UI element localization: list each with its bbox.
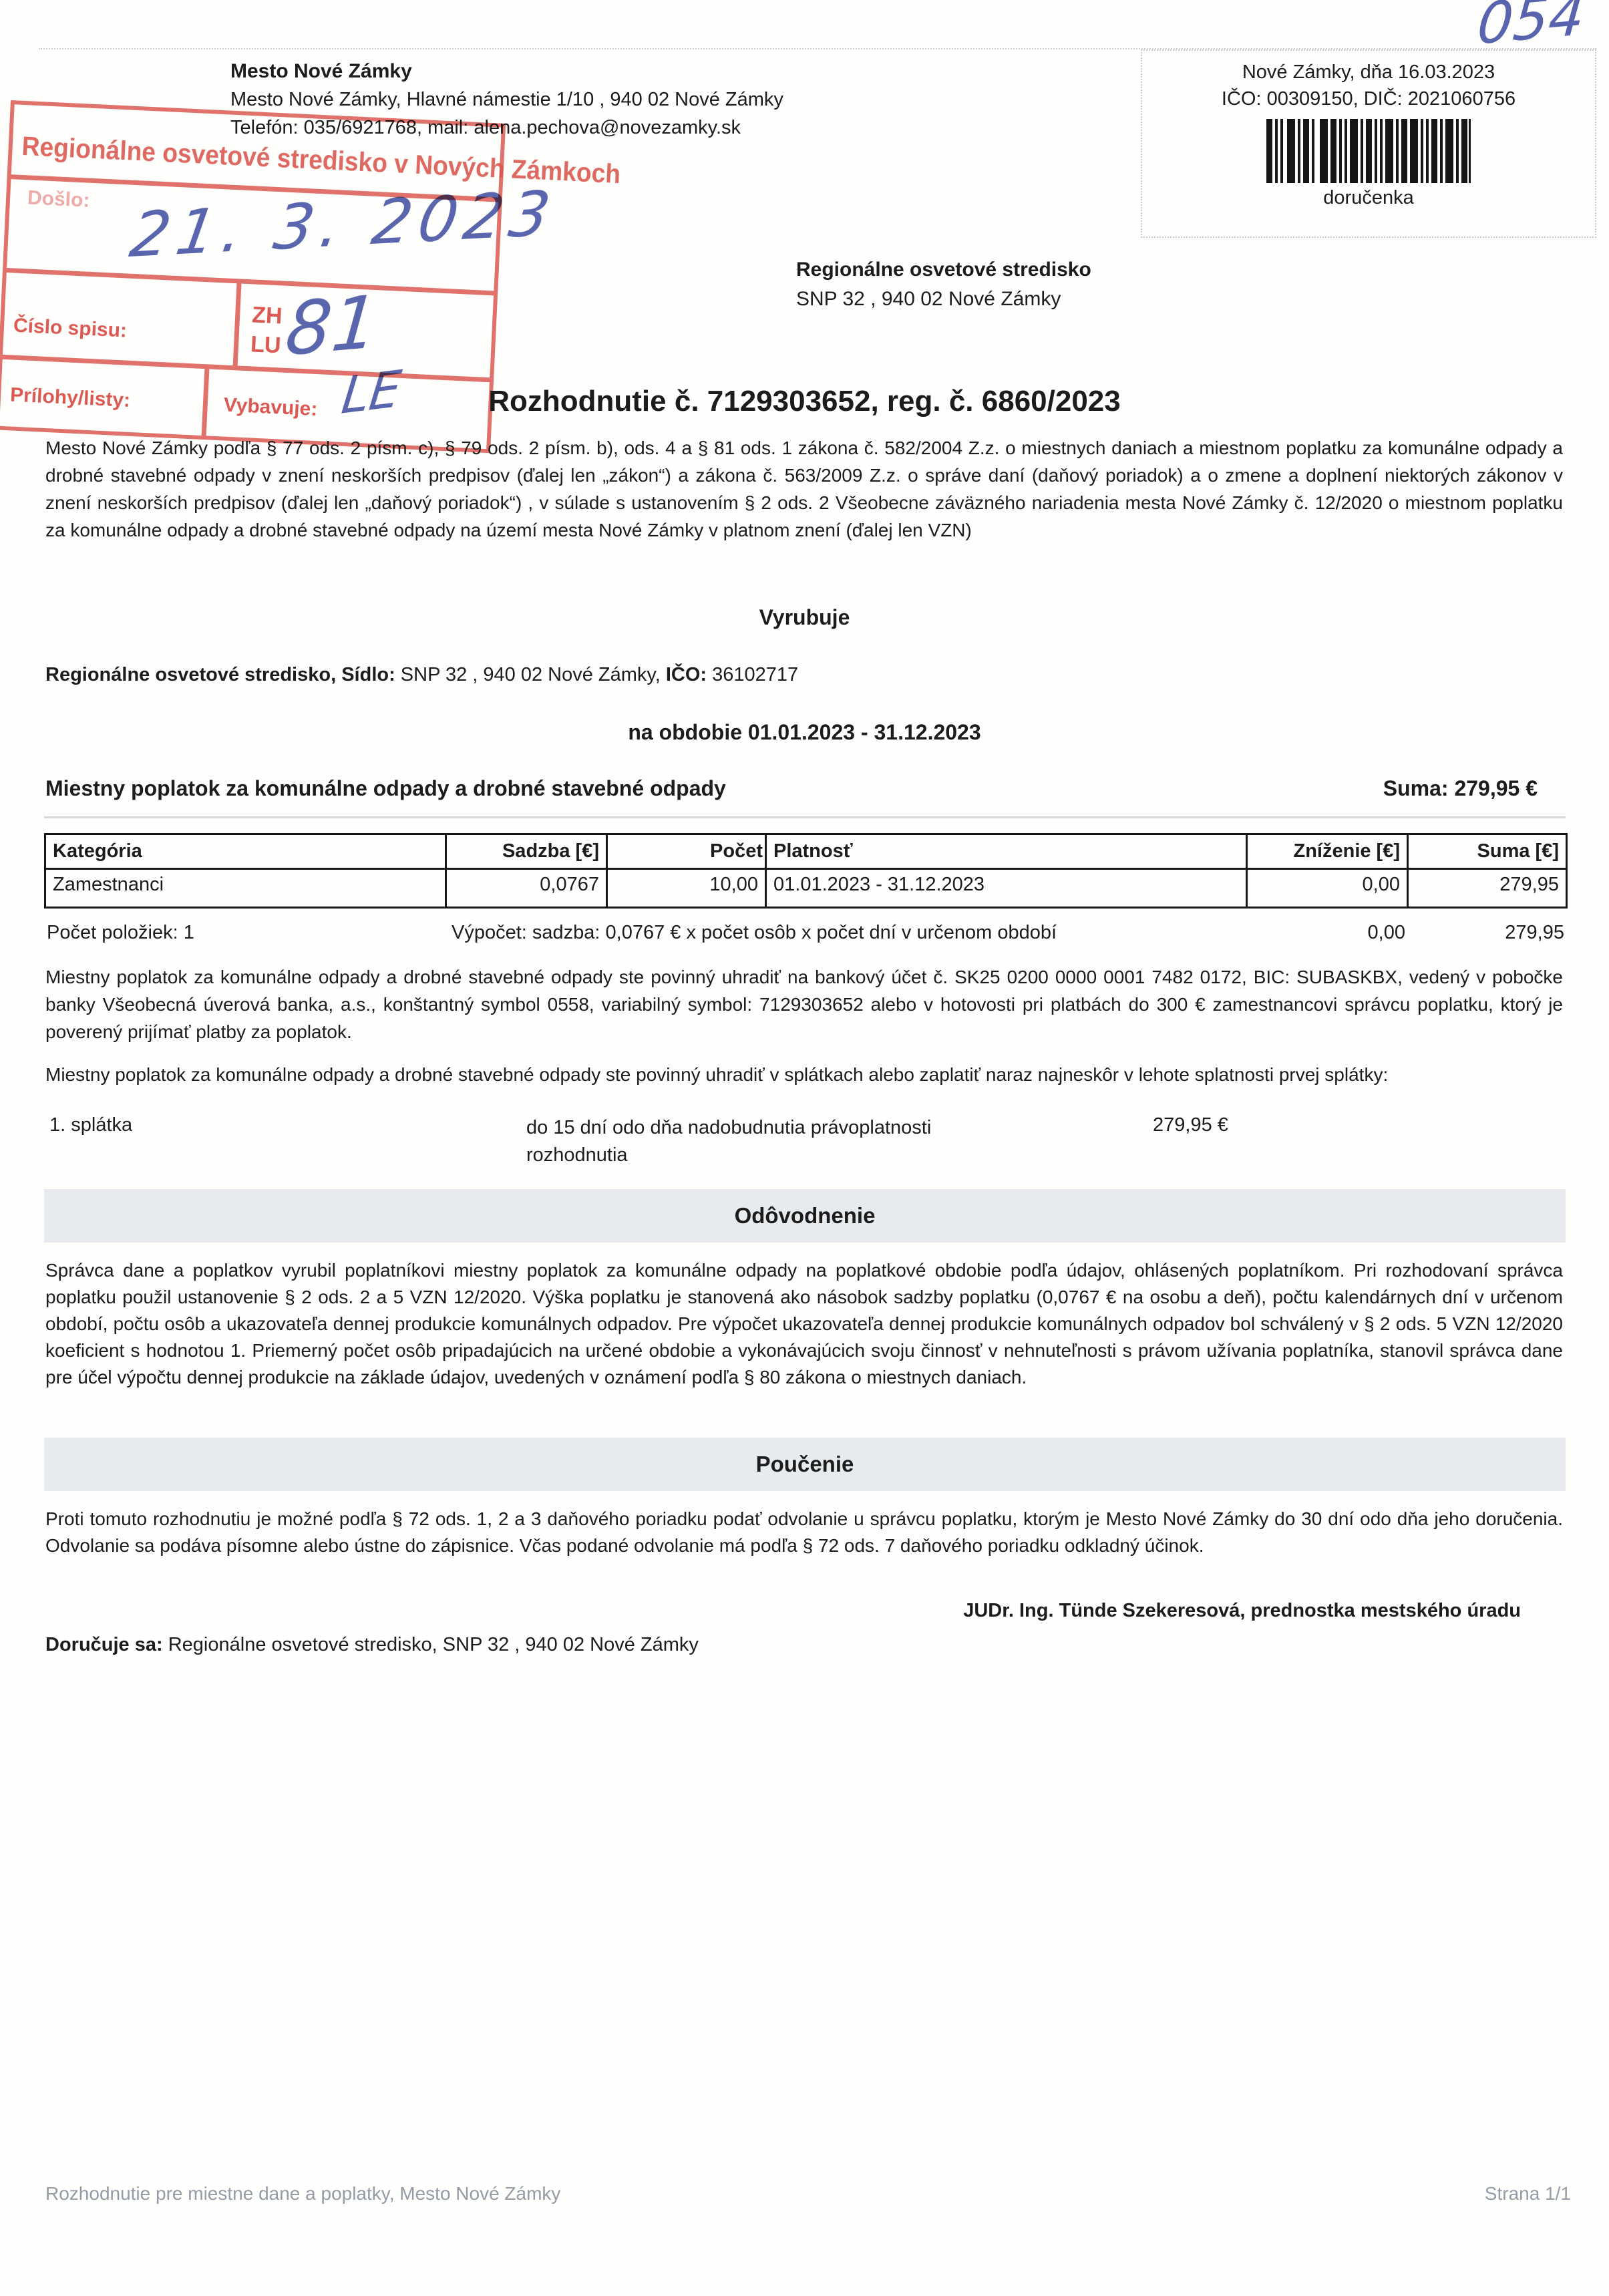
- subject-line: Regionálne osvetové stredisko, Sídlo: SN…: [45, 664, 798, 686]
- handwritten-file-number: 81: [283, 280, 381, 372]
- justification-paragraph: Správca dane a poplatkov vyrubil poplatn…: [45, 1257, 1563, 1391]
- page-number: Strana 1/1: [1485, 2183, 1571, 2204]
- divider-line: [44, 816, 1566, 818]
- signature-line: JUDr. Ing. Tünde Szekeresová, prednostka…: [45, 1600, 1521, 1622]
- page-footer: Strana 1/1 Rozhodnutie pre miestne dane …: [45, 2183, 1571, 2204]
- cell-validity: 01.01.2023 - 31.12.2023: [766, 869, 1247, 908]
- subject-ico-value: 36102717: [707, 664, 798, 685]
- addressee-block: Regionálne osvetové stredisko SNP 32 , 9…: [796, 255, 1091, 314]
- col-count: Počet: [607, 834, 766, 869]
- delivery-line: Doručuje sa: Regionálne osvetové stredis…: [45, 1634, 699, 1656]
- delivery-label: Doručuje sa:: [45, 1634, 163, 1655]
- cell-sum: 279,95: [1408, 869, 1567, 908]
- installment-label: 1. splátka: [49, 1114, 132, 1136]
- fee-table-row: Zamestnanci 0,0767 10,00 01.01.2023 - 31…: [45, 869, 1567, 908]
- stamp-file-cell: Číslo spisu:: [3, 273, 241, 365]
- stamp-received-label: Došlo:: [27, 186, 90, 212]
- calculation-formula: Výpočet: sadzba: 0,0767 € x počet osôb x…: [452, 922, 1057, 944]
- barcode-label: doručenka: [1142, 184, 1595, 211]
- footer-sum: 279,95: [1407, 922, 1564, 944]
- payment-paragraph-1: Miestny poplatok za komunálne odpady a d…: [45, 963, 1563, 1045]
- installment-amount: 279,95 €: [1153, 1114, 1228, 1136]
- place-date-line: Nové Zámky, dňa 16.03.2023: [1142, 59, 1595, 86]
- col-sum: Suma [€]: [1408, 834, 1567, 869]
- justification-heading: Odôvodnenie: [44, 1189, 1566, 1243]
- cell-count: 10,00: [607, 869, 766, 908]
- stamp-code-line2: LU: [250, 331, 281, 358]
- col-category: Kategória: [45, 834, 446, 869]
- cell-category: Zamestnanci: [45, 869, 446, 908]
- installment-terms: do 15 dní odo dňa nadobudnutia právoplat…: [526, 1114, 960, 1169]
- subject-name-label: Regionálne osvetové stredisko, Sídlo:: [45, 664, 395, 685]
- appeal-heading: Poučenie: [44, 1438, 1566, 1491]
- ico-dic-line: IČO: 00309150, DIČ: 2021060756: [1142, 86, 1595, 112]
- items-count: Počet položiek: 1: [47, 922, 194, 944]
- scanned-decision-document: 054 Mesto Nové Zámky Mesto Nové Zámky, H…: [0, 0, 1609, 2296]
- document-title: Rozhodnutie č. 7129303652, reg. č. 6860/…: [0, 385, 1609, 418]
- delivery-text: Regionálne osvetové stredisko, SNP 32 , …: [163, 1634, 699, 1655]
- col-reduction: Zníženie [€]: [1247, 834, 1408, 869]
- stamp-file-label: Číslo spisu:: [13, 315, 127, 343]
- header-right-box: Nové Zámky, dňa 16.03.2023 IČO: 00309150…: [1141, 49, 1596, 238]
- fee-table-header-row: Kategória Sadzba [€] Počet Platnosť Zníž…: [45, 834, 1567, 869]
- subject-address: SNP 32 , 940 02 Nové Zámky,: [395, 664, 666, 685]
- addressee-address: SNP 32 , 940 02 Nové Zámky: [796, 285, 1091, 314]
- sender-address: Mesto Nové Zámky, Hlavné námestie 1/10 ,…: [230, 86, 783, 114]
- fee-heading: Miestny poplatok za komunálne odpady a d…: [45, 776, 726, 800]
- subject-ico-label: IČO:: [666, 664, 707, 685]
- col-rate: Sadzba [€]: [446, 834, 607, 869]
- stamp-code-line1: ZH: [251, 302, 283, 329]
- period-heading: na obdobie 01.01.2023 - 31.12.2023: [0, 720, 1609, 745]
- handwritten-corner-number: 054: [1475, 0, 1587, 57]
- addressee-name: Regionálne osvetové stredisko: [796, 255, 1091, 285]
- intro-paragraph: Mesto Nové Zámky podľa § 77 ods. 2 písm.…: [45, 434, 1563, 544]
- fee-table: Kategória Sadzba [€] Počet Platnosť Zníž…: [44, 833, 1568, 909]
- fee-heading-line: Suma: 279,95 € Miestny poplatok za komun…: [45, 776, 1538, 801]
- appeal-paragraph: Proti tomuto rozhodnutiu je možné podľa …: [45, 1506, 1563, 1559]
- barcode-image: [1266, 119, 1471, 183]
- cell-reduction: 0,00: [1247, 869, 1408, 908]
- payment-paragraph-2: Miestny poplatok za komunálne odpady a d…: [45, 1061, 1563, 1088]
- sender-name: Mesto Nové Zámky: [230, 57, 783, 86]
- fee-sum: Suma: 279,95 €: [1383, 776, 1538, 801]
- footer-document-type: Rozhodnutie pre miestne dane a poplatky,…: [45, 2183, 560, 2204]
- footer-reduction: 0,00: [1246, 922, 1405, 944]
- cell-rate: 0,0767: [446, 869, 607, 908]
- col-validity: Platnosť: [766, 834, 1247, 869]
- levy-heading: Vyrubuje: [0, 605, 1609, 630]
